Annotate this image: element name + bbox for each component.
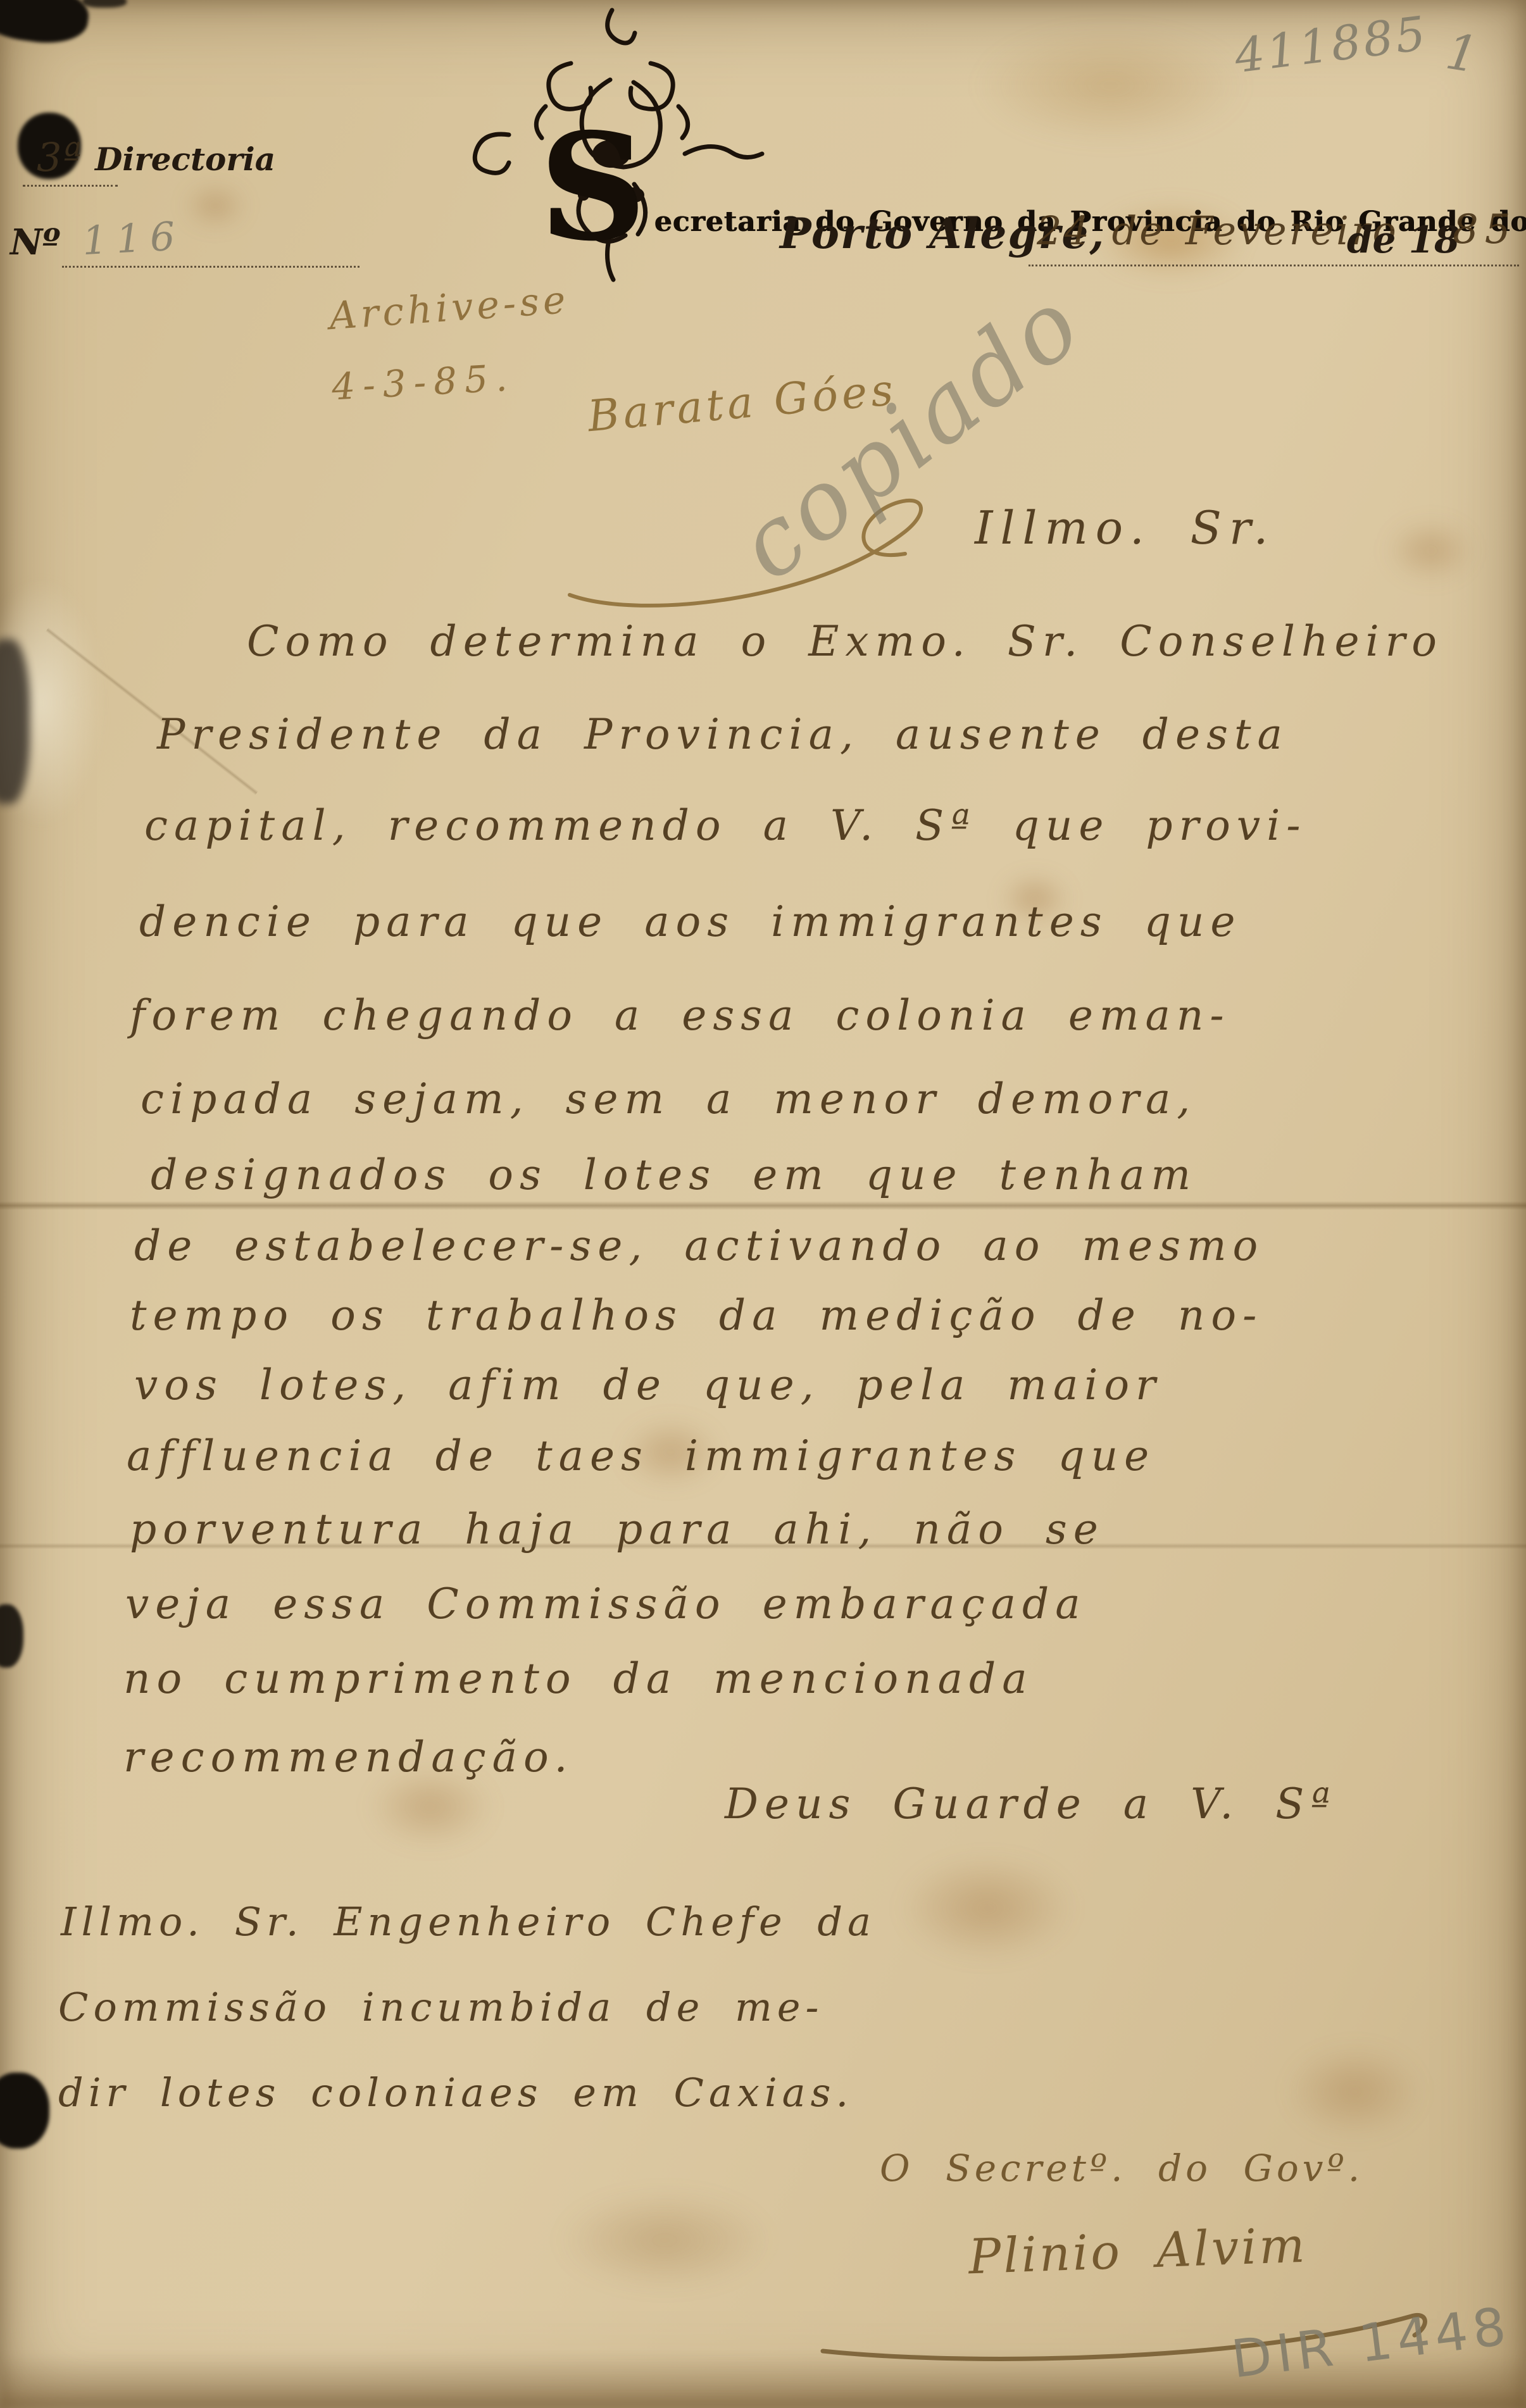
letterhead-initial-letter: S (539, 101, 646, 273)
scanned-letter-page: 3ª Directoria Nº 116 411885 1 Secretaria… (0, 0, 1526, 2408)
torn-edge-mark (82, 0, 127, 8)
date-dotted-line (1029, 265, 1519, 266)
directoria-label-printed: Directoria (95, 140, 275, 178)
date-day-month-handwritten: 24 de Fevereiro (1037, 208, 1399, 254)
letter-line: recommendação. (123, 1733, 574, 1781)
closing-role: O Secretº. do Govº. (880, 2147, 1363, 2190)
numero-label-printed: Nº (10, 221, 60, 263)
archive-date-annotation: 4-3-85. (330, 356, 515, 408)
letter-line: de estabelecer-se, activando ao mesmo (134, 1221, 1264, 1270)
date-year-handwritten: 85 (1453, 206, 1517, 253)
letter-line: porventura haja para ahi, não se (130, 1505, 1104, 1554)
letter-line: designados os lotes em que tenham (151, 1151, 1197, 1199)
letter-line: vos lotes, afim de que, pela maior (134, 1361, 1162, 1409)
letter-line: Como determina o Exmo. Sr. Conselheiro (247, 617, 1443, 666)
fold-crease (0, 1201, 1526, 1210)
letter-line: no cumprimento da mencionada (123, 1654, 1034, 1703)
secretary-signature: Plinio Alvim (968, 2217, 1308, 2285)
paper-stain (1386, 519, 1475, 582)
paper-stain (899, 1854, 1076, 1962)
date-de-printed: de 18 (1347, 218, 1460, 261)
salutation: Illmo. Sr. (975, 501, 1275, 554)
paper-stain (1285, 2044, 1424, 2139)
letter-line: affluencia de taes immigrantes que (127, 1432, 1155, 1480)
pencil-archive-number: 411885 (1232, 6, 1431, 84)
address-line: Illmo. Sr. Engenheiro Chefe da (61, 1899, 876, 1945)
letter-line: veja essa Commissão embaraçada (125, 1580, 1087, 1628)
torn-edge-mark (0, 0, 92, 49)
letter-line: cipada sejam, sem a menor demora, (141, 1075, 1196, 1123)
paper-stain (557, 2190, 772, 2291)
numero-value-pencil: 116 (81, 213, 185, 264)
letter-line: dencie para que aos immigrantes que (139, 897, 1241, 946)
address-line: Commissão incumbida de me- (58, 1984, 823, 2030)
letter-line: forem chegando a essa colonia eman- (130, 991, 1230, 1040)
pencil-page-number: 1 (1442, 23, 1482, 85)
directoria-number-handwritten: 3ª (37, 134, 83, 180)
torn-edge-mark (0, 1604, 23, 1668)
numero-dotted-line (62, 266, 360, 268)
torn-edge-mark (0, 2073, 49, 2149)
paper-stain (184, 184, 247, 228)
letter-line: capital, recommendo a V. Sª que provi- (144, 801, 1307, 850)
letter-line: Presidente da Provincia, ausente desta (157, 710, 1289, 759)
valediction: Deus Guarde a V. Sª (725, 1780, 1337, 1828)
letter-line: tempo os trabalhos da medição de no- (130, 1291, 1263, 1340)
torn-edge-mark (0, 639, 30, 804)
directoria-dotted-line (23, 185, 118, 187)
address-line: dir lotes coloniaes em Caxias. (58, 2069, 853, 2116)
archive-annotation: Archive-se (328, 278, 570, 339)
